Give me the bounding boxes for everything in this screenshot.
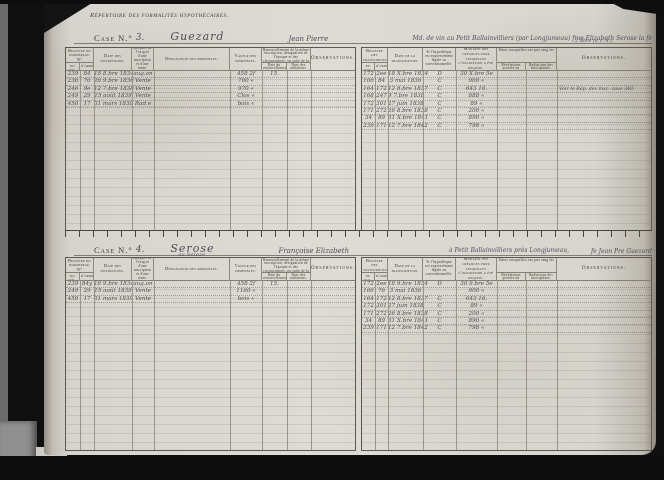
cell-renouv-date: 15. [262, 281, 287, 288]
cell-date: 12 7.bre 1842 [388, 123, 423, 130]
case-annotation-right: fe Jean Pre Guezard [591, 248, 652, 255]
cell-type: Vente [132, 288, 154, 295]
cell-valeur: 700 « [230, 78, 262, 85]
cell-nature: D [423, 281, 456, 288]
cell-type: Rad.e [132, 101, 154, 108]
cell-renouv-date [262, 296, 287, 303]
cell-observations [557, 281, 651, 288]
col-epoques: Époques de l'exig.té d'une inscription e… [132, 258, 154, 281]
cell-num: 76 [375, 288, 388, 295]
cell-type: Vente [132, 296, 154, 303]
cell-num: 89 [375, 318, 388, 325]
cell-radiation [526, 93, 557, 100]
cell-revelation [497, 123, 526, 130]
cell-designation [154, 86, 230, 93]
cell-revelation [497, 93, 526, 100]
cell-date: 12 8.bre 1837 [388, 296, 423, 303]
cell-vol: 171 [362, 311, 375, 318]
cell-observations [557, 108, 651, 115]
subcol-vol: du vol. [66, 63, 80, 71]
cell-renouv-date [262, 101, 287, 108]
subcol-radiations: Radiations des inscriptions. [526, 63, 557, 71]
scan-edge-strip [0, 0, 8, 480]
cell-montant: 89 « [456, 303, 497, 310]
cell-renouv-rad [287, 71, 311, 78]
cell-revelation [497, 318, 526, 325]
cell-type: Vente [132, 93, 154, 100]
cell-date: 12 7.bre 1842 [388, 325, 423, 332]
col-designation: Désignation des immeubles. [154, 258, 230, 281]
cell-radiation [526, 296, 557, 303]
case-4-header: Case N.° 4. Serose ou Seroze Françoise E… [74, 237, 652, 256]
cell-vol: 239 [66, 71, 80, 78]
forenames-handwriting: Françoise Elizabeth [278, 247, 349, 255]
subcol-num: d'ordre. [375, 273, 388, 281]
subcol-renouv-rad: Date des radiations. [287, 273, 311, 281]
subcol-renouv-date: Date du renouvellement. [262, 63, 287, 71]
cell-valeur: 1160 « [230, 288, 262, 295]
col-renouvellement: Renouvellement de la même inscription, d… [262, 258, 311, 273]
cell-num: 301 [375, 303, 388, 310]
cell-type: Vente [132, 78, 154, 85]
cell-observations [311, 101, 355, 108]
cell-radiation [526, 101, 557, 108]
case-label: Case N.° [94, 245, 133, 255]
inscriptions-table-case-3: Registre du bordereau N° Date des inscri… [65, 47, 356, 231]
cell-num: 29 [80, 288, 94, 295]
cell-observations [311, 86, 355, 93]
transcriptions-table-case-4: Registre des transcriptions N° Date de l… [361, 257, 652, 451]
cell-nature: C [423, 108, 456, 115]
cell-renouv-date [262, 86, 287, 93]
cell-designation [154, 101, 230, 108]
case-4-tables: Registre du bordereau N° Date des inscri… [65, 257, 652, 451]
cell-observations [311, 78, 355, 85]
cell-revelation [497, 108, 526, 115]
cell-vol: 246 [66, 86, 80, 93]
inscriptions-table-case-4: Registre du bordereau N° Date des inscri… [65, 257, 356, 451]
cell-date: 15 août 1839 [94, 93, 132, 100]
cell-revelation [497, 78, 526, 85]
cell-observations [557, 311, 651, 318]
cell-montant: 30 X.bre 5e [456, 71, 497, 78]
subcol-revelations: Révélations portées en marge. [497, 273, 526, 281]
cell-renouv-rad [287, 78, 311, 85]
cell-observations [557, 101, 651, 108]
col-date: Date de la transcription. [388, 258, 423, 281]
col-nature: Si l'hypothèque est expressément légale … [423, 48, 456, 71]
cell-date: 3 mai 1836 [388, 78, 423, 85]
subcol-radiations: Radiations des inscriptions. [526, 273, 557, 281]
cell-valeur: 970 « [230, 86, 262, 93]
cell-num: 29 [80, 93, 94, 100]
cell-num: 89 [375, 115, 388, 122]
cell-revelation [497, 325, 526, 332]
cell-observations [557, 93, 651, 100]
cell-nature: C [423, 318, 456, 325]
cell-radiation [526, 86, 557, 93]
cell-date: 3 mai 1836 [388, 288, 423, 295]
cell-designation [154, 71, 230, 78]
cell-designation [154, 296, 230, 303]
col-designation: Désignation des immeubles. [154, 48, 230, 71]
cell-observations [557, 303, 651, 310]
cell-num: 84 [80, 71, 94, 78]
cell-renouv-rad [287, 296, 311, 303]
cell-observations: Voir le Rép. des insc. case 349. [557, 86, 651, 93]
cell-revelation [497, 101, 526, 108]
cell-renouv-rad [287, 93, 311, 100]
cell-num: 171 [375, 123, 388, 130]
cell-montant: 89 « [456, 101, 497, 108]
col-dates-group: Dates auxquelles ont pris rang les [497, 48, 557, 63]
cell-designation [154, 78, 230, 85]
scanner-bed: Répertoire des formalités hypothécaires.… [0, 0, 664, 480]
cell-montant: 200 « [456, 108, 497, 115]
col-registre: Registre des transcriptions N° [362, 258, 388, 273]
cell-date: 31 mars 1839 [94, 101, 132, 108]
col-observations: Observations. [557, 258, 651, 281]
cell-num: 272 [375, 311, 388, 318]
cell-radiation [526, 123, 557, 130]
cell-montant: 900 « [456, 288, 497, 295]
subcol-vol: du vol. [362, 273, 375, 281]
cell-radiation [526, 108, 557, 115]
cell-nature: C [423, 303, 456, 310]
cell-type: aug.on [132, 71, 154, 78]
cell-date: 27 juin 1838 [388, 101, 423, 108]
cell-valeur: Clos « [230, 93, 262, 100]
cell-observations [311, 71, 355, 78]
cell-revelation [497, 311, 526, 318]
cell-vol: 166 [362, 288, 375, 295]
cell-date: 12 8.bre 1837 [388, 86, 423, 93]
cell-nature: C [423, 101, 456, 108]
col-observations: Observations. [311, 258, 355, 281]
col-montant: Montant des créances pour lesquelles l'i… [456, 48, 497, 71]
cell-designation [154, 288, 230, 295]
subcol-renouv-date: Date du renouvellement. [262, 273, 287, 281]
cell-nature: D [423, 71, 456, 78]
cell-vol: 172 [362, 303, 375, 310]
surname-handwriting: Serose ou Seroze [170, 242, 214, 255]
cell-observations [557, 71, 651, 78]
cell-valeur: 458 2f [230, 71, 262, 78]
cell-revelation [497, 71, 526, 78]
cell-radiation [526, 288, 557, 295]
cell-date: 26 8.bre 1838 [388, 311, 423, 318]
cell-observations [311, 93, 355, 100]
forenames-handwriting: Jean Pierre [288, 35, 328, 43]
cell-montant: 643 16. [456, 296, 497, 303]
cell-vol: 171 [362, 108, 375, 115]
case-number: 4. [136, 245, 145, 255]
scan-bottom-edge [0, 456, 664, 480]
cell-nature: C [423, 93, 456, 100]
cell-vol: 164 [362, 296, 375, 303]
cell-montant: 890 « [456, 115, 497, 122]
col-observations: Observations. [557, 48, 651, 71]
cell-date: 15 août 1839 [94, 288, 132, 295]
cell-num: 84 [375, 78, 388, 85]
cell-observations [311, 296, 355, 303]
cell-observations [557, 318, 651, 325]
cell-num: 301 [375, 101, 388, 108]
cell-observations [557, 296, 651, 303]
cell-observations [557, 288, 651, 295]
cell-radiation [526, 311, 557, 318]
cell-date: 9 7.bre 1838 [388, 93, 423, 100]
cell-num: 2ee [375, 71, 388, 78]
col-registre: Registre du bordereau N° [66, 48, 94, 63]
cell-observations [311, 281, 355, 288]
subcol-num: d'ordre. [375, 63, 388, 71]
col-date: Date des inscriptions. [94, 258, 132, 281]
subcol-renouv-rad: Date des radiations. [287, 63, 311, 71]
cell-valeur: 458 2f [230, 281, 262, 288]
subcol-vol: du vol. [362, 63, 375, 71]
col-valeur: Valeur des immeubles. [230, 258, 262, 281]
cell-montant: 30 9.bre 5e [456, 281, 497, 288]
cell-renouv-date: 15. [262, 71, 287, 78]
cell-valeur: bois « [230, 101, 262, 108]
cell-vol: 166 [362, 78, 375, 85]
cell-num: 84y [80, 281, 94, 288]
cell-observations [557, 78, 651, 85]
cell-revelation [497, 115, 526, 122]
cell-nature: C [423, 78, 456, 85]
col-registre: Registre du bordereau N° [66, 258, 94, 273]
case-3-header: Case N.° 3. Guezard Jean Pierre Md. de v… [74, 25, 652, 44]
surname-handwriting: Guezard [170, 30, 224, 43]
cell-vol: 450 [66, 296, 80, 303]
cell-vol: 239 [362, 325, 375, 332]
cell-nature: C [423, 115, 456, 122]
cell-date: 18 9.bre 1834 [388, 281, 423, 288]
col-renouvellement: Renouvellement de la même inscription, d… [262, 48, 311, 63]
cell-date: 26 9.bre 1836 [94, 78, 132, 85]
cell-designation [154, 281, 230, 288]
subcol-vol: du vol. [66, 273, 80, 281]
page-title: Répertoire des formalités hypothécaires. [90, 12, 229, 19]
cell-vol: 239 [66, 281, 80, 288]
cell-designation [154, 93, 230, 100]
section-divider-ticks [65, 230, 652, 237]
col-epoques: Époques de l'exig.té d'une inscription e… [132, 48, 154, 71]
cell-revelation [497, 296, 526, 303]
cell-vol: 34 [362, 115, 375, 122]
cell-renouv-date [262, 288, 287, 295]
subcol-num: d'ordre. [80, 273, 94, 281]
col-date: Date de la transcription. [388, 48, 423, 71]
cell-radiation [526, 325, 557, 332]
cell-radiation [526, 318, 557, 325]
cell-date: 27 juin 1838 [388, 303, 423, 310]
cell-renouv-rad [287, 86, 311, 93]
cell-revelation [497, 288, 526, 295]
cell-renouv-rad [287, 101, 311, 108]
cell-num: 171 [375, 325, 388, 332]
case-number: 3. [136, 33, 145, 43]
cell-renouv-date [262, 93, 287, 100]
cell-vol: 164 [362, 86, 375, 93]
cell-renouv-rad [287, 288, 311, 295]
register-page: Répertoire des formalités hypothécaires.… [44, 3, 656, 455]
cell-revelation [497, 281, 526, 288]
cell-date: 31 mars 1839 [94, 296, 132, 303]
cell-radiation [526, 303, 557, 310]
col-nature: Si l'hypothèque est expressément légale … [423, 258, 456, 281]
col-montant: Montant des créances pour lesquelles l'i… [456, 258, 497, 281]
cell-num: 76 [80, 78, 94, 85]
cell-num: 272 [375, 108, 388, 115]
cell-vol: 239 [362, 123, 375, 130]
cell-montant: 643 16. [456, 86, 497, 93]
cell-nature: C [423, 296, 456, 303]
cell-nature [423, 288, 456, 295]
cell-num: 172 [375, 296, 388, 303]
cell-observations [557, 325, 651, 332]
cell-num: 17 [80, 101, 94, 108]
cell-radiation [526, 78, 557, 85]
subcol-revelations: Révélations portées en marge. [497, 63, 526, 71]
case-annotation: à Petit Ballainvilliers près Longjumeau, [449, 247, 569, 254]
cell-vol: 249 [66, 93, 80, 100]
cell-montant: 890 « [456, 318, 497, 325]
cell-observations [557, 123, 651, 130]
cell-vol: 172 [362, 281, 375, 288]
cell-date: 31 X.bre 1841 [388, 115, 423, 122]
case-label: Case N.° [94, 33, 133, 43]
cell-vol: 172 [362, 71, 375, 78]
cell-vol: 172 [362, 101, 375, 108]
subcol-num: d'ordre. [80, 63, 94, 71]
cell-radiation [526, 71, 557, 78]
cell-revelation [497, 303, 526, 310]
cell-vol: 236 [66, 78, 80, 85]
cell-montant: 888 « [456, 93, 497, 100]
cell-num: 172 [375, 86, 388, 93]
case-annotation-2: 2 Xbre (v. c. 4.) [575, 39, 612, 44]
cell-montant: 900 « [456, 78, 497, 85]
cell-observations [557, 115, 651, 122]
cell-date: 18 X.bre 1834 [388, 71, 423, 78]
cell-date: 26 8.bre 1838 [388, 108, 423, 115]
case-annotation: Md. de vin au Petit Ballainvilliers (par… [413, 35, 652, 42]
cell-num: 247 [375, 93, 388, 100]
cell-num: 2ee [375, 281, 388, 288]
cell-montant: 798 « [456, 123, 497, 130]
scan-top-edge [0, 0, 664, 4]
cell-nature: C [423, 325, 456, 332]
cell-renouv-date [262, 78, 287, 85]
cell-nature: C [423, 311, 456, 318]
cell-type: aug.on [132, 281, 154, 288]
cell-montant: 200 « [456, 311, 497, 318]
cell-radiation [526, 281, 557, 288]
col-dates-group: Dates auxquelles ont pris rang les [497, 258, 557, 273]
cell-renouv-rad [287, 281, 311, 288]
case-3-tables: Registre du bordereau N° Date des inscri… [65, 47, 652, 231]
cell-vol: 168 [362, 93, 375, 100]
cell-num: 9e [80, 86, 94, 93]
cell-valeur: bois « [230, 296, 262, 303]
cell-num: 17 [80, 296, 94, 303]
cell-vol: 249 [66, 288, 80, 295]
cell-type: Vente [132, 86, 154, 93]
cell-nature: C [423, 86, 456, 93]
transcriptions-table-case-3: Registre des transcriptions N° Date de l… [361, 47, 652, 231]
col-valeur: Valeur des immeubles. [230, 48, 262, 71]
cell-vol: 34 [362, 318, 375, 325]
cell-revelation [497, 86, 526, 93]
col-registre: Registre des transcriptions N° [362, 48, 388, 63]
cell-vol: 450 [66, 101, 80, 108]
cell-observations [311, 288, 355, 295]
cell-date: 18 8.bre 1834 [94, 71, 132, 78]
cell-date: 31 X.bre 1841 [388, 318, 423, 325]
cell-montant: 798 « [456, 325, 497, 332]
cell-nature: C [423, 123, 456, 130]
col-observations: Observations. [311, 48, 355, 71]
cell-radiation [526, 115, 557, 122]
column-rules [66, 281, 355, 450]
col-date: Date des inscriptions. [94, 48, 132, 71]
